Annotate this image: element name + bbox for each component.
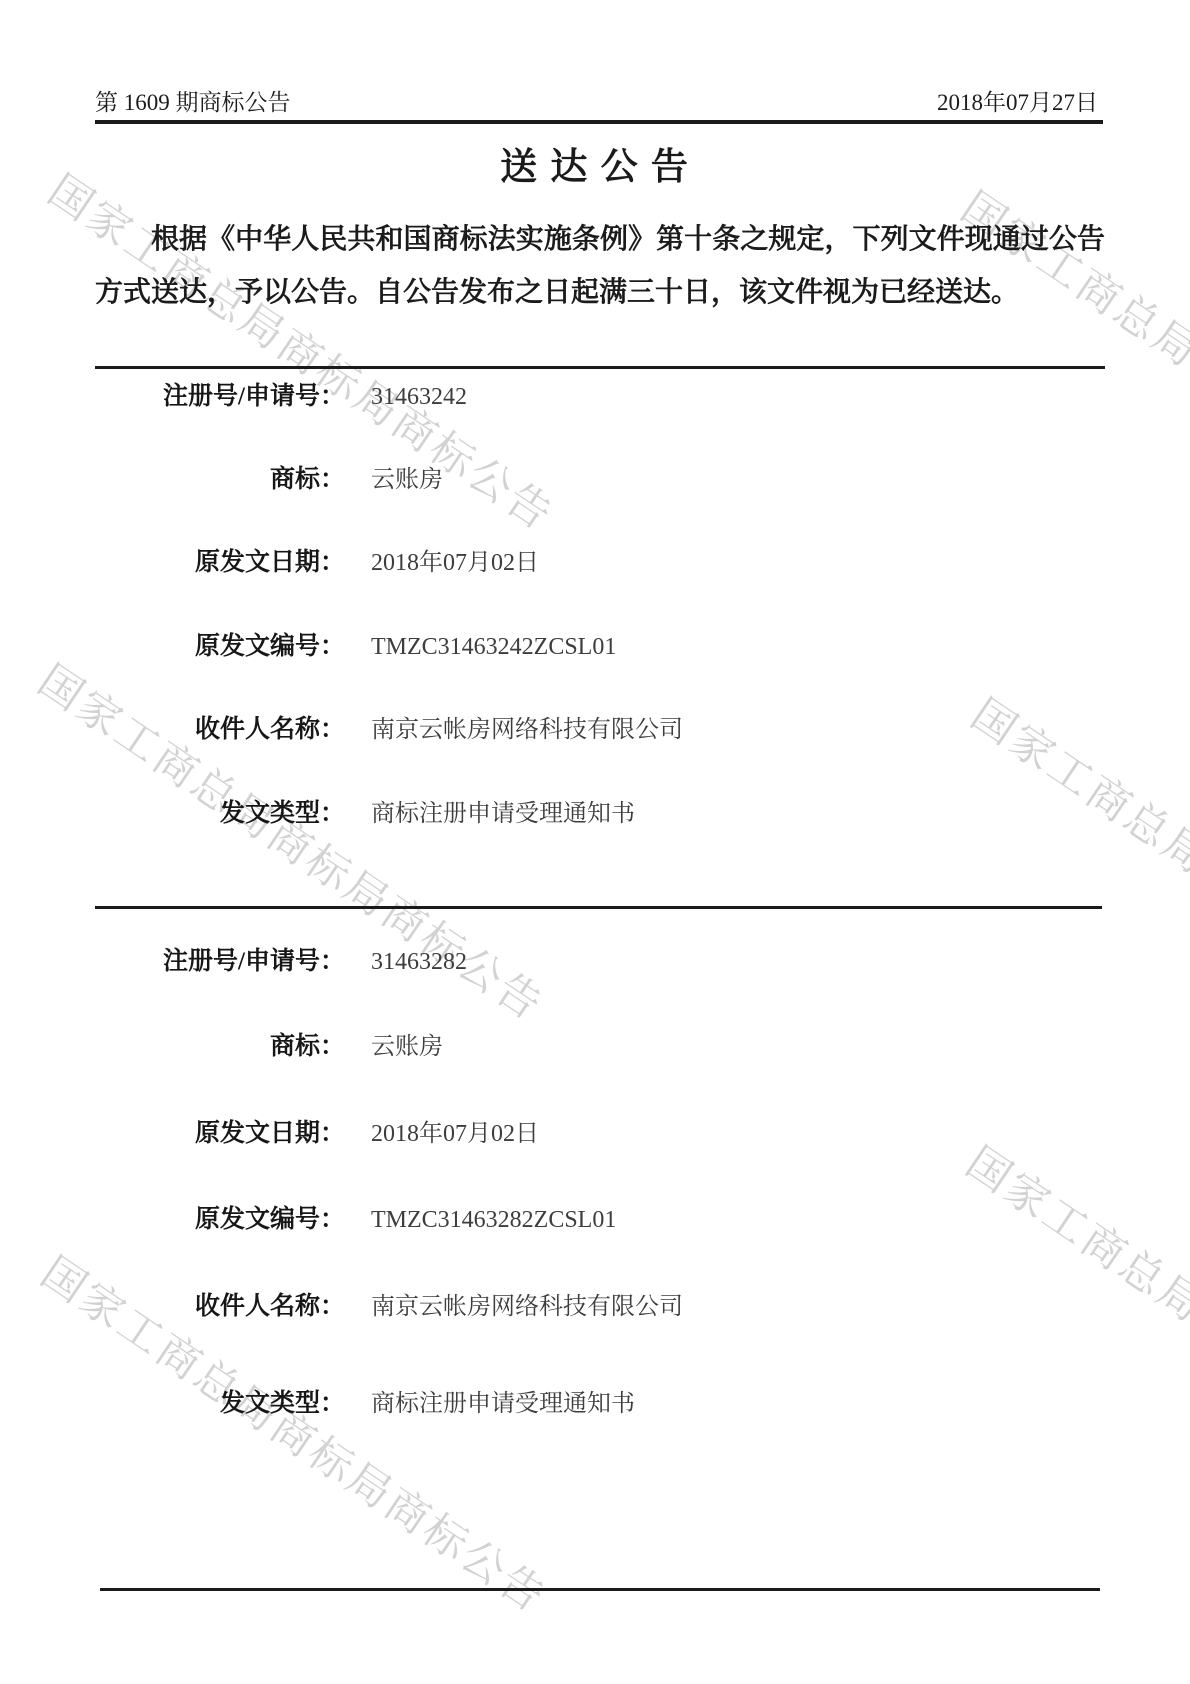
notice-title: 送 达 公 告 — [0, 136, 1190, 190]
field-row: 商标： 云账房 — [95, 459, 1105, 495]
field-label: 商标： — [95, 1026, 345, 1062]
field-value: 2018年07月02日 — [371, 542, 539, 577]
field-label: 注册号/申请号： — [95, 941, 345, 977]
field-value: 云账房 — [371, 459, 443, 494]
field-label: 发文类型： — [95, 793, 345, 829]
field-label: 原发文日期： — [95, 542, 345, 578]
field-row: 发文类型： 商标注册申请受理通知书 — [95, 793, 1105, 829]
field-row: 注册号/申请号： 31463242 — [95, 376, 1105, 412]
field-value: TMZC31463282ZCSL01 — [371, 1207, 616, 1234]
field-row: 原发文编号： TMZC31463242ZCSL01 — [95, 626, 1105, 662]
intro-paragraph: 根据《中华人民共和国商标法实施条例》第十条之规定，下列文件现通过公告方式送达，予… — [95, 213, 1105, 319]
field-row: 发文类型： 商标注册申请受理通知书 — [95, 1383, 1105, 1419]
watermark: 国家工商总局商标局商标公告 — [956, 1130, 1190, 1515]
field-value: 云账房 — [371, 1026, 443, 1061]
field-row: 注册号/申请号： 31463282 — [95, 941, 1105, 977]
field-label: 原发文日期： — [95, 1113, 345, 1149]
field-label: 发文类型： — [95, 1383, 345, 1419]
field-label: 收件人名称： — [95, 1286, 345, 1322]
gazette-page: 国家工商总局商标局商标公告 国家工商总局商标局商标公告 国家工商总局商标局商标公… — [0, 0, 1190, 1684]
field-value: 商标注册申请受理通知书 — [371, 1383, 635, 1418]
record-divider — [95, 906, 1102, 909]
field-label: 注册号/申请号： — [95, 376, 345, 412]
field-row: 原发文日期： 2018年07月02日 — [95, 542, 1105, 578]
record-divider — [100, 1588, 1100, 1591]
field-row: 商标： 云账房 — [95, 1026, 1105, 1062]
publication-date: 2018年07月27日 — [937, 84, 1098, 117]
field-value: 2018年07月02日 — [371, 1113, 539, 1148]
field-value: 南京云帐房网络科技有限公司 — [371, 709, 683, 744]
header-rule — [95, 120, 1103, 124]
field-label: 商标： — [95, 459, 345, 495]
field-row: 收件人名称： 南京云帐房网络科技有限公司 — [95, 1286, 1105, 1322]
field-row: 原发文日期： 2018年07月02日 — [95, 1113, 1105, 1149]
field-label: 原发文编号： — [95, 1199, 345, 1235]
field-value: 商标注册申请受理通知书 — [371, 793, 635, 828]
field-value: 31463242 — [371, 384, 467, 411]
field-label: 原发文编号： — [95, 626, 345, 662]
record-divider — [95, 366, 1105, 369]
field-value: 南京云帐房网络科技有限公司 — [371, 1286, 683, 1321]
field-label: 收件人名称： — [95, 709, 345, 745]
field-value: 31463282 — [371, 949, 467, 976]
field-row: 收件人名称： 南京云帐房网络科技有限公司 — [95, 709, 1105, 745]
field-value: TMZC31463242ZCSL01 — [371, 634, 616, 661]
field-row: 原发文编号： TMZC31463282ZCSL01 — [95, 1199, 1105, 1235]
gazette-issue-label: 第 1609 期商标公告 — [95, 84, 291, 117]
